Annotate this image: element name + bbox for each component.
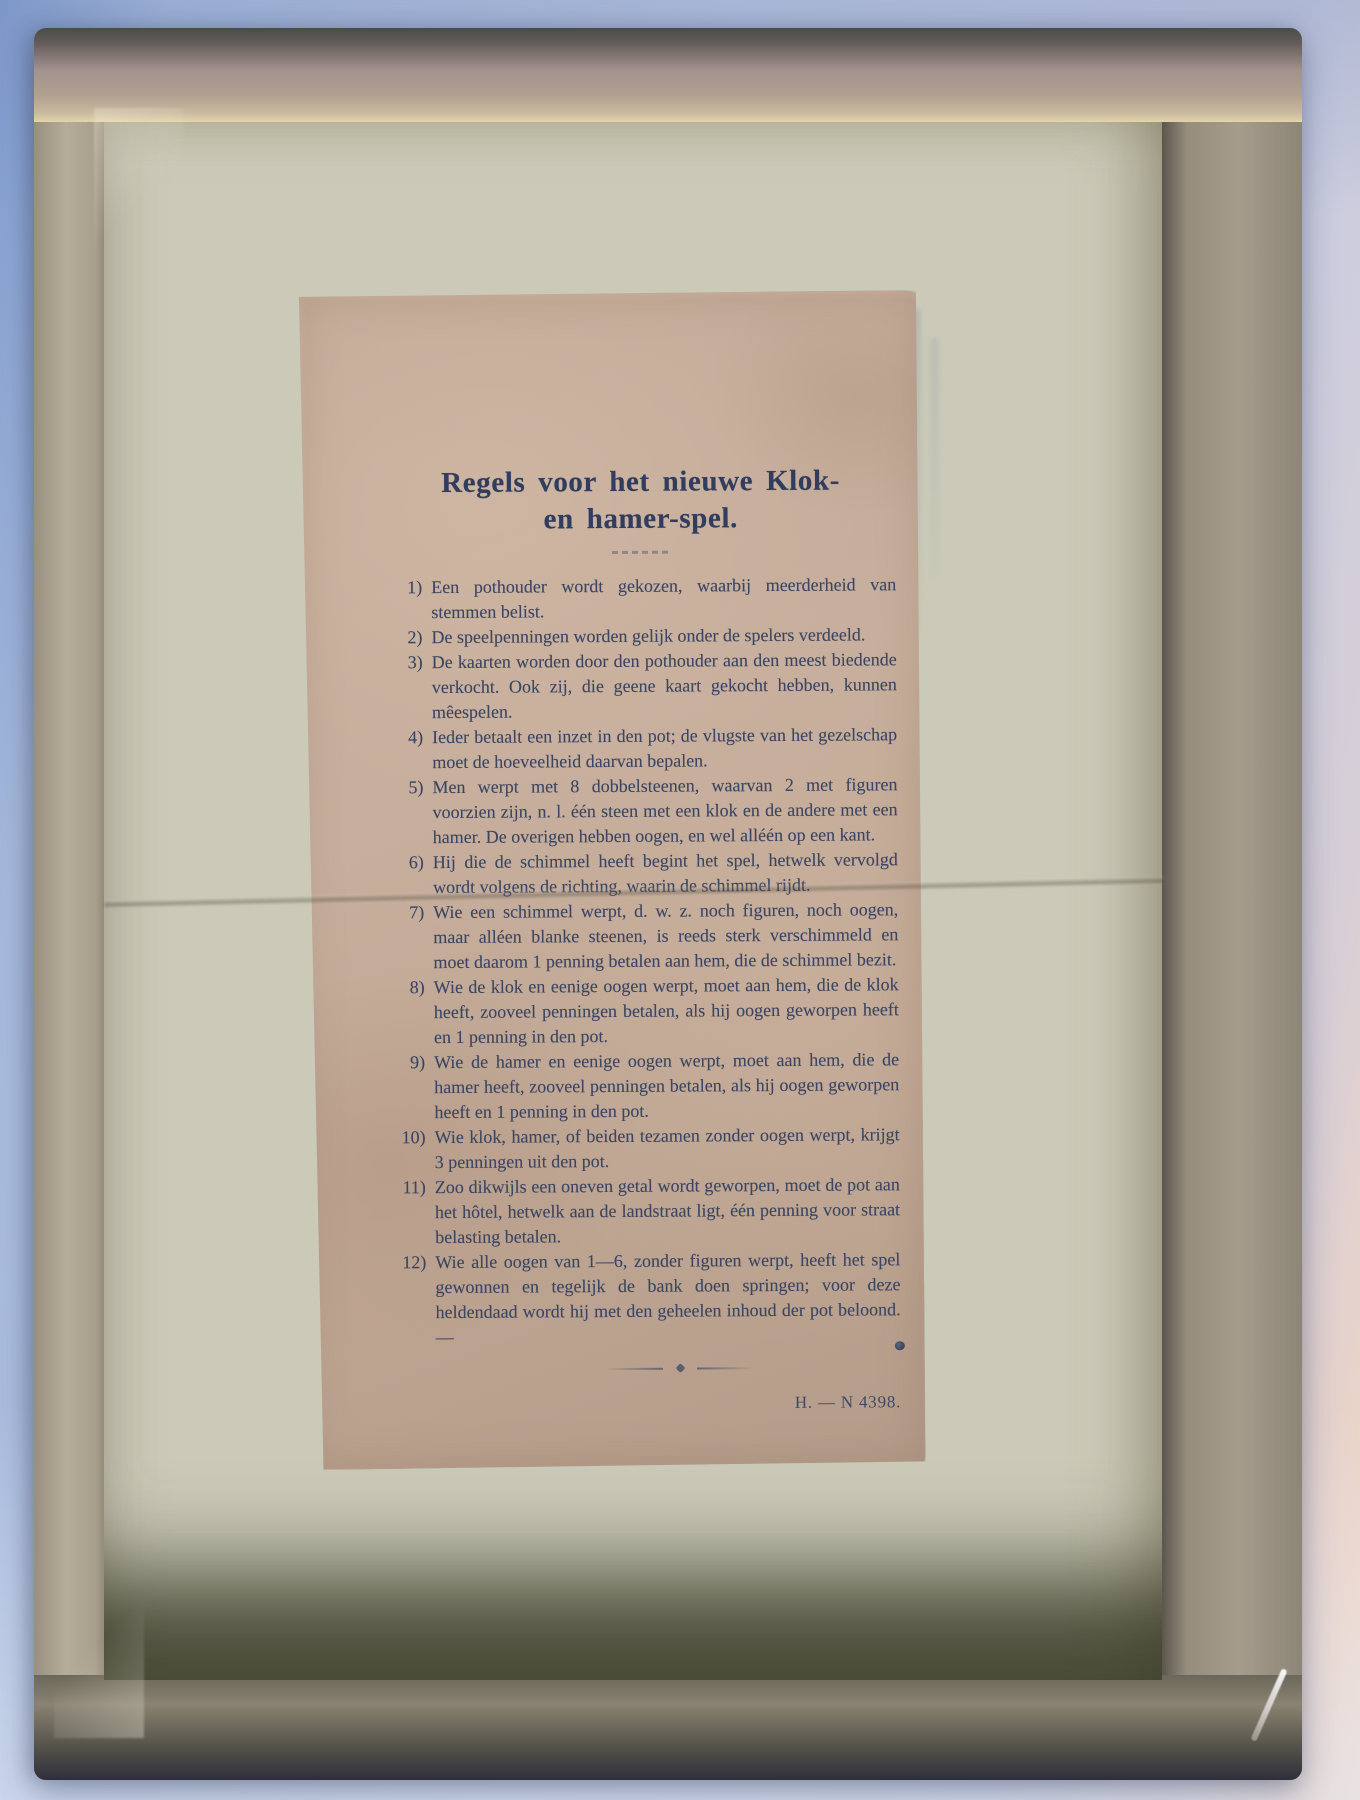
corner-fold-highlight	[94, 108, 184, 258]
rule-number: 2)	[386, 625, 431, 650]
rule-text: Een pothouder wordt gekozen, waarbij mee…	[431, 572, 896, 625]
title-divider-rule	[612, 551, 670, 554]
rule-item: 1) Een pothouder wordt gekozen, waarbij …	[386, 572, 896, 625]
game-box: Regels voor het nieuwe Klok- en hamer-sp…	[34, 28, 1302, 1780]
rule-number: 9)	[389, 1050, 434, 1125]
rule-item: 8) Wie de klok en eenige oogen werpt, mo…	[389, 972, 899, 1050]
rules-title-line1: Regels voor het nieuwe Klok-	[385, 462, 895, 502]
rule-number: 7)	[388, 900, 433, 975]
end-divider-rule	[605, 1366, 755, 1370]
rule-text: De speelpenningen worden gelijk onder de…	[431, 622, 896, 650]
rule-text: Wie klok, hamer, of beiden tezamen zonde…	[434, 1122, 899, 1175]
rule-text: Wie de hamer en eenige oogen werpt, moet…	[434, 1047, 899, 1125]
rule-item: 7) Wie een schimmel werpt, d. w. z. noch…	[388, 897, 898, 975]
box-rim-right	[1162, 28, 1302, 1780]
ink-blot-dot	[895, 1341, 905, 1350]
rule-item: 3) De kaarten worden door den pothouder …	[387, 647, 897, 725]
rule-number: 11)	[390, 1175, 435, 1250]
rules-sheet-content: Regels voor het nieuwe Klok- en hamer-sp…	[296, 290, 925, 1416]
rule-item: 12) Wie alle oogen van 1—6, zonder figur…	[390, 1247, 901, 1350]
box-rim-top	[34, 28, 1302, 122]
rule-item: 11) Zoo dikwijls een oneven getal wordt …	[390, 1172, 900, 1250]
corner-fold-highlight	[54, 1588, 144, 1738]
divider-diamond-ornament	[676, 1363, 686, 1373]
water-stain-streak	[930, 338, 939, 578]
rules-list: 1) Een pothouder wordt gekozen, waarbij …	[386, 572, 901, 1350]
rule-text: Men werpt met 8 dobbelsteenen, waarvan 2…	[432, 772, 897, 850]
rule-number: 4)	[387, 725, 432, 775]
rule-item: 5) Men werpt met 8 dobbelsteenen, waarva…	[387, 772, 897, 850]
rule-text: Wie een schimmel werpt, d. w. z. noch fi…	[433, 897, 898, 975]
rule-text: De kaarten worden door den pothouder aan…	[432, 647, 897, 725]
rule-number: 5)	[387, 775, 432, 850]
rule-number: 3)	[387, 650, 432, 725]
rule-item: 10) Wie klok, hamer, of beiden tezamen z…	[389, 1122, 899, 1175]
rule-item: 2) De speelpenningen worden gelijk onder…	[386, 622, 896, 650]
rule-text: Wie alle oogen van 1—6, zonder figuren w…	[435, 1247, 901, 1350]
box-rim-bottom	[34, 1675, 1302, 1780]
rules-title-line2: en hamer-spel.	[386, 499, 896, 539]
rule-text: Ieder betaalt een inzet in den pot; de v…	[432, 722, 897, 775]
rules-title: Regels voor het nieuwe Klok- en hamer-sp…	[385, 462, 895, 538]
rule-number: 8)	[389, 975, 434, 1050]
box-rim-left	[34, 28, 106, 1780]
rules-sheet: Regels voor het nieuwe Klok- en hamer-sp…	[296, 290, 925, 1470]
rule-item: 4) Ieder betaalt een inzet in den pot; d…	[387, 722, 897, 775]
rule-number: 1)	[386, 575, 431, 625]
rule-text: Zoo dikwijls een oneven getal wordt gewo…	[435, 1172, 900, 1250]
photo-of-game-box: { "scene": { "backdrop_color_left": "#7f…	[0, 0, 1360, 1800]
printer-code: H. — N 4398.	[391, 1392, 901, 1415]
rule-item: 9) Wie de hamer en eenige oogen werpt, m…	[389, 1047, 899, 1125]
rule-number: 12)	[390, 1250, 436, 1350]
rule-text: Wie de klok en eenige oogen werpt, moet …	[434, 972, 899, 1050]
rule-number: 10)	[389, 1125, 434, 1175]
